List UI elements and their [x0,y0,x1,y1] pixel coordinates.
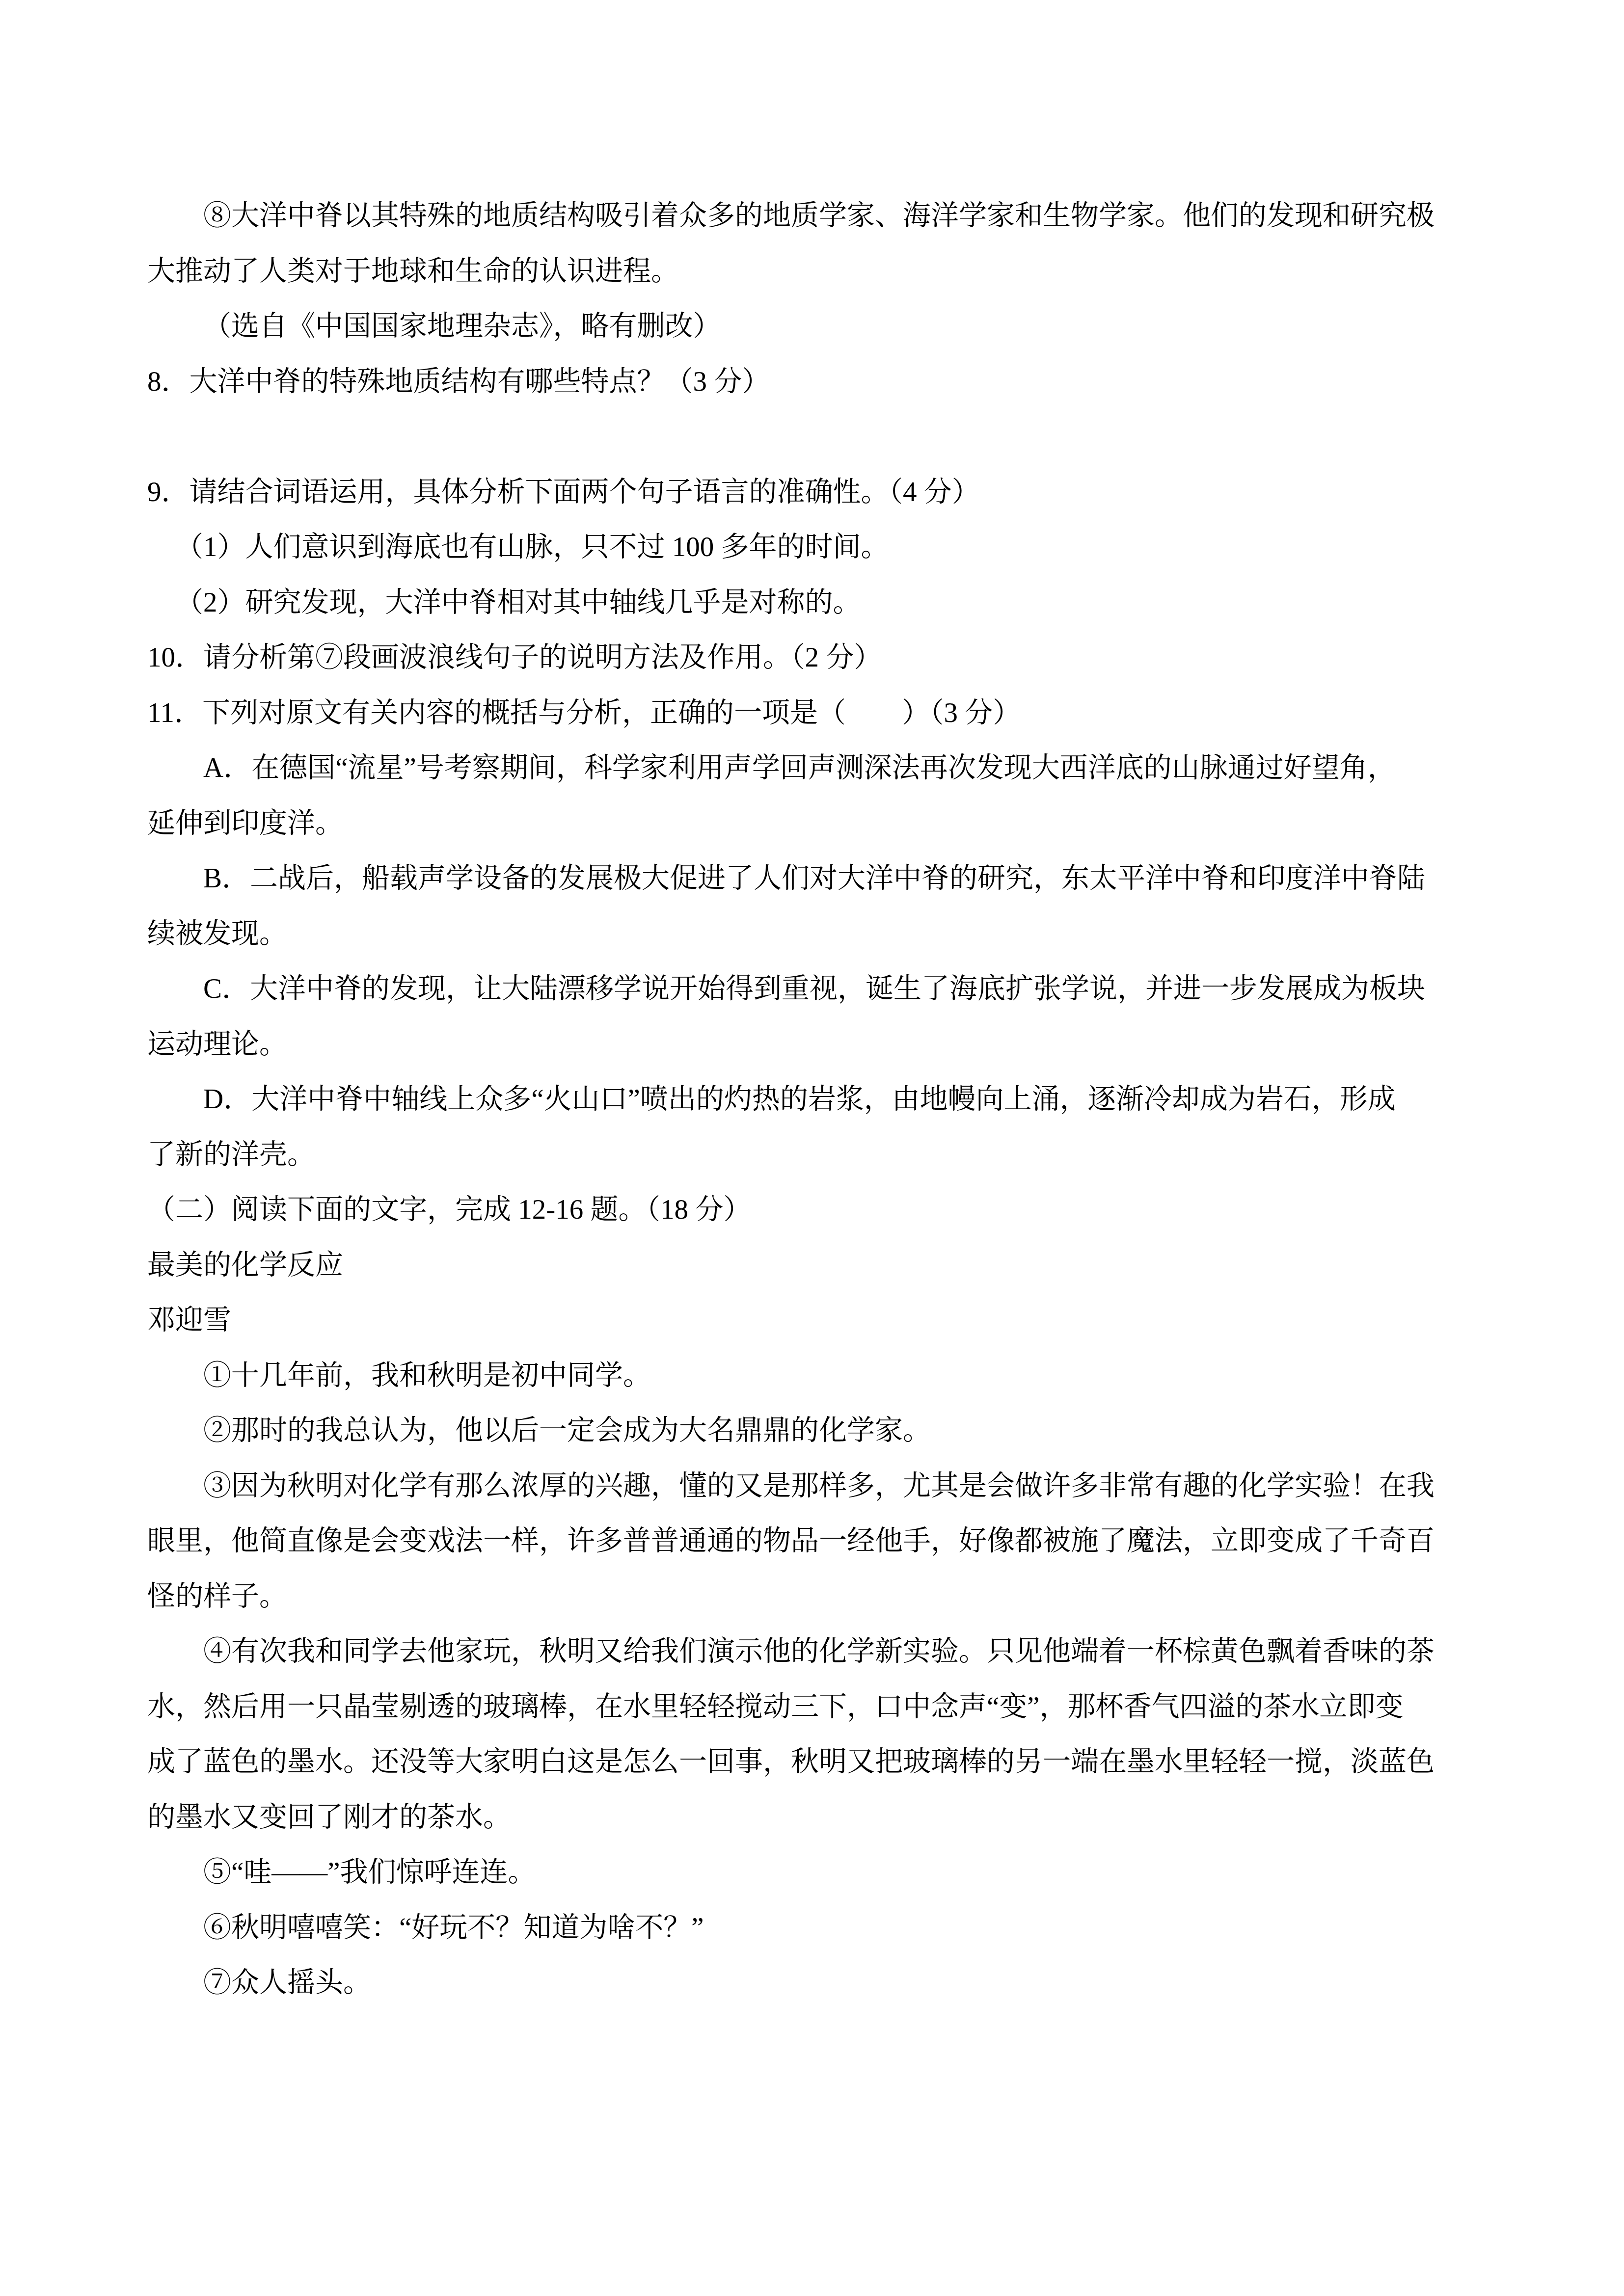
option-b-line-1: B．二战后，船载声学设备的发展极大促进了人们对大洋中脊的研究，东太平洋中脊和印度… [147,851,1502,907]
question-8: 8．大洋中脊的特殊地质结构有哪些特点？（3 分） [147,354,1502,410]
passage-2-paragraph-4-line-1: ④有次我和同学去他家玩，秋明又给我们演示他的化学新实验。只见他端着一杯棕黄色飘着… [147,1624,1502,1680]
question-9-item-2: （2）研究发现，大洋中脊相对其中轴线几乎是对称的。 [147,575,1502,631]
passage-2-paragraph-4-line-3: 成了蓝色的墨水。还没等大家明白这是怎么一回事，秋明又把玻璃棒的另一端在墨水里轻轻… [147,1735,1502,1790]
question-9-item-1: （1）人们意识到海底也有山脉，只不过 100 多年的时间。 [147,520,1502,575]
option-d-line-1: D．大洋中脊中轴线上众多“火山口”喷出的灼热的岩浆，由地幔向上涌，逐渐冷却成为岩… [147,1072,1502,1127]
option-c-line-1: C．大洋中脊的发现，让大陆漂移学说开始得到重视，诞生了海底扩张学说，并进一步发展… [147,961,1502,1017]
passage-paragraph-8-line-2: 大推动了人类对于地球和生命的认识进程。 [147,244,1502,299]
passage-2-paragraph-6: ⑥秋明嘻嘻笑：“好玩不？知道为啥不？” [147,1900,1502,1956]
question-11: 11．下列对原文有关内容的概括与分析，正确的一项是（ ）（3 分） [147,686,1502,741]
section-two-header: （二）阅读下面的文字，完成 12-16 题。（18 分） [147,1182,1502,1238]
passage-2-paragraph-5: ⑤“哇——”我们惊呼连连。 [147,1845,1502,1900]
option-d-line-2: 了新的洋壳。 [147,1127,1502,1183]
question-9: 9．请结合词语运用，具体分析下面两个句子语言的准确性。（4 分） [147,465,1502,520]
passage-2-paragraph-3-line-2: 眼里，他简直像是会变戏法一样，许多普普通通的物品一经他手，好像都被施了魔法，立即… [147,1514,1502,1569]
question-10: 10．请分析第⑦段画波浪线句子的说明方法及作用。（2 分） [147,630,1502,686]
passage-2-paragraph-7: ⑦众人摇头。 [147,1955,1502,2011]
document-page: ⑧大洋中脊以其特殊的地质结构吸引着众多的地质学家、海洋学家和生物学家。他们的发现… [0,0,1624,2296]
passage-title: 最美的化学反应 [147,1238,1502,1293]
option-a-line-2: 延伸到印度洋。 [147,796,1502,852]
document-content: ⑧大洋中脊以其特殊的地质结构吸引着众多的地质学家、海洋学家和生物学家。他们的发现… [147,188,1502,2011]
passage-2-paragraph-2: ②那时的我总认为，他以后一定会成为大名鼎鼎的化学家。 [147,1403,1502,1459]
option-a-line-1: A．在德国“流星”号考察期间，科学家利用声学回声测深法再次发现大西洋底的山脉通过… [147,741,1502,796]
option-b-line-2: 续被发现。 [147,907,1502,962]
passage-2-paragraph-4-line-2: 水，然后用一只晶莹剔透的玻璃棒，在水里轻轻搅动三下，口中念声“变”，那杯香气四溢… [147,1680,1502,1735]
passage-2-paragraph-3-line-3: 怪的样子。 [147,1569,1502,1625]
blank-line [147,409,1502,465]
passage-author: 邓迎雪 [147,1293,1502,1348]
passage-2-paragraph-1: ①十几年前，我和秋明是初中同学。 [147,1348,1502,1404]
passage-paragraph-8-line-1: ⑧大洋中脊以其特殊的地质结构吸引着众多的地质学家、海洋学家和生物学家。他们的发现… [147,188,1502,244]
passage-2-paragraph-4-line-4: 的墨水又变回了刚才的茶水。 [147,1790,1502,1845]
passage-2-paragraph-3-line-1: ③因为秋明对化学有那么浓厚的兴趣，懂的又是那样多，尤其是会做许多非常有趣的化学实… [147,1459,1502,1514]
source-attribution: （选自《中国国家地理杂志》，略有删改） [147,299,1502,354]
option-c-line-2: 运动理论。 [147,1017,1502,1072]
